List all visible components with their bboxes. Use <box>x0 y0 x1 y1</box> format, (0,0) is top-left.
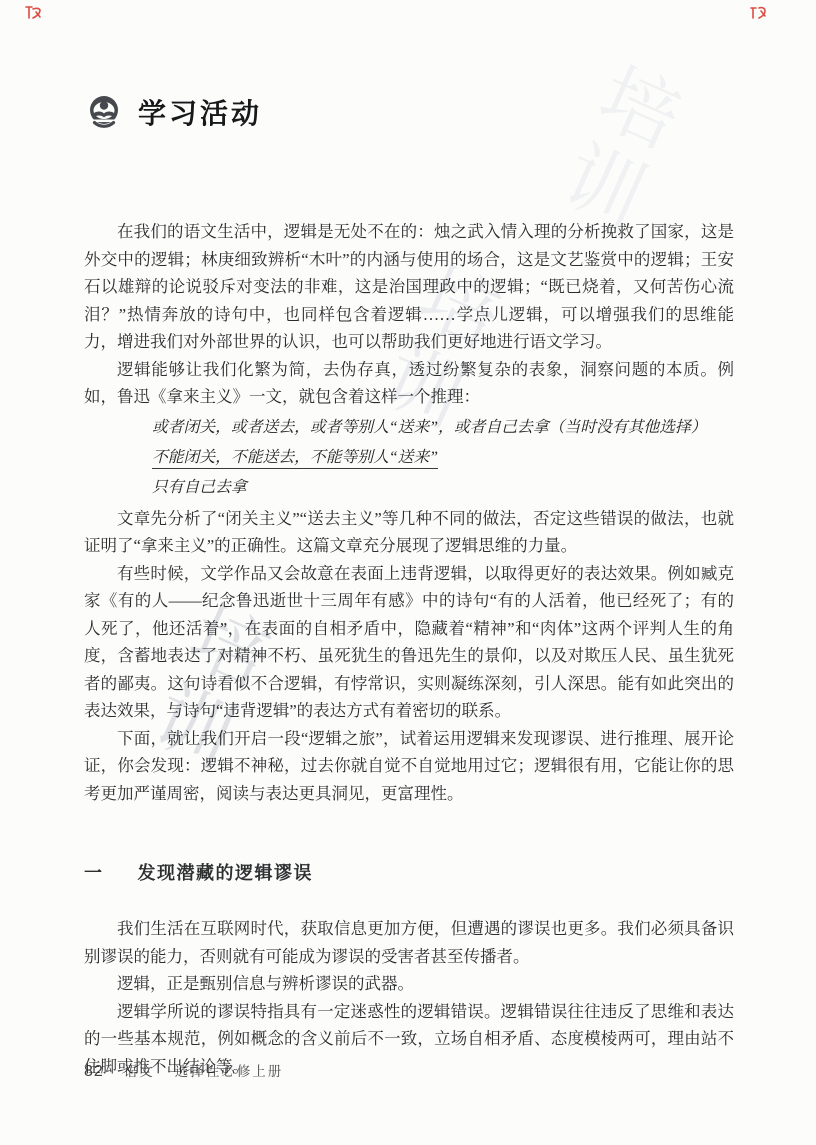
inference-negation: 不能闭关，不能送去，不能等别人“送来” <box>152 443 734 473</box>
paragraph: 文章先分析了“闭关主义”“送去主义”等几种不同的做法，否定这些错误的做法，也就证… <box>84 505 734 560</box>
paragraph: 逻辑，正是甄别信息与辨析谬误的武器。 <box>84 970 734 998</box>
paragraph: 我们生活在互联网时代，获取信息更加方便，但遭遇的谬误也更多。我们必须具备识别谬误… <box>84 915 734 970</box>
red-stamp-icon <box>748 5 768 21</box>
page-title: 学习活动 <box>138 92 262 132</box>
intro-text: 在我们的语文生活中，逻辑是无处不在的：烛之武入情入理的分析挽救了国家，这是外交中… <box>84 218 734 807</box>
paragraph: 有些时候，文学作品又会故意在表面上违背逻辑，以取得更好的表达效果。例如臧克家《有… <box>84 560 734 725</box>
section-text: 我们生活在互联网时代，获取信息更加方便，但遭遇的谬误也更多。我们必须具备识别谬误… <box>84 915 734 1080</box>
inference-block: 或者闭关，或者送去，或者等别人“送来”，或者自己去拿（当时没有其他选择） 不能闭… <box>152 413 734 503</box>
section-heading: 一 发现潜藏的逻辑谬误 <box>84 859 816 885</box>
inference-premise: 或者闭关，或者送去，或者等别人“送来”，或者自己去拿（当时没有其他选择） <box>152 413 734 443</box>
reader-icon <box>86 94 122 130</box>
textbook-page: 培训 培训 培训 学习活动 在我们的语文生活中，逻辑是无处不在的：烛之武入情入理… <box>0 0 816 1145</box>
paragraph: 逻辑能够让我们化繁为简，去伪存真，透过纷繁复杂的表象，洞察问题的本质。例如，鲁迅… <box>84 356 734 411</box>
paragraph: 下面，就让我们开启一段“逻辑之旅”，试着运用逻辑来发现谬误、进行推理、展开论证，… <box>84 725 734 808</box>
inference-conclusion: 只有自己去拿 <box>152 473 734 503</box>
chapter-header: 学习活动 <box>86 92 816 132</box>
section-title: 发现潜藏的逻辑谬误 <box>138 859 314 885</box>
paragraph: 逻辑学所说的谬误特指具有一定迷惑性的逻辑错误。逻辑错误往往违反了思维和表达的一些… <box>84 998 734 1081</box>
paragraph: 在我们的语文生活中，逻辑是无处不在的：烛之武入情入理的分析挽救了国家，这是外交中… <box>84 218 734 356</box>
red-stamp-icon <box>23 5 43 21</box>
section-number: 一 <box>84 859 104 885</box>
